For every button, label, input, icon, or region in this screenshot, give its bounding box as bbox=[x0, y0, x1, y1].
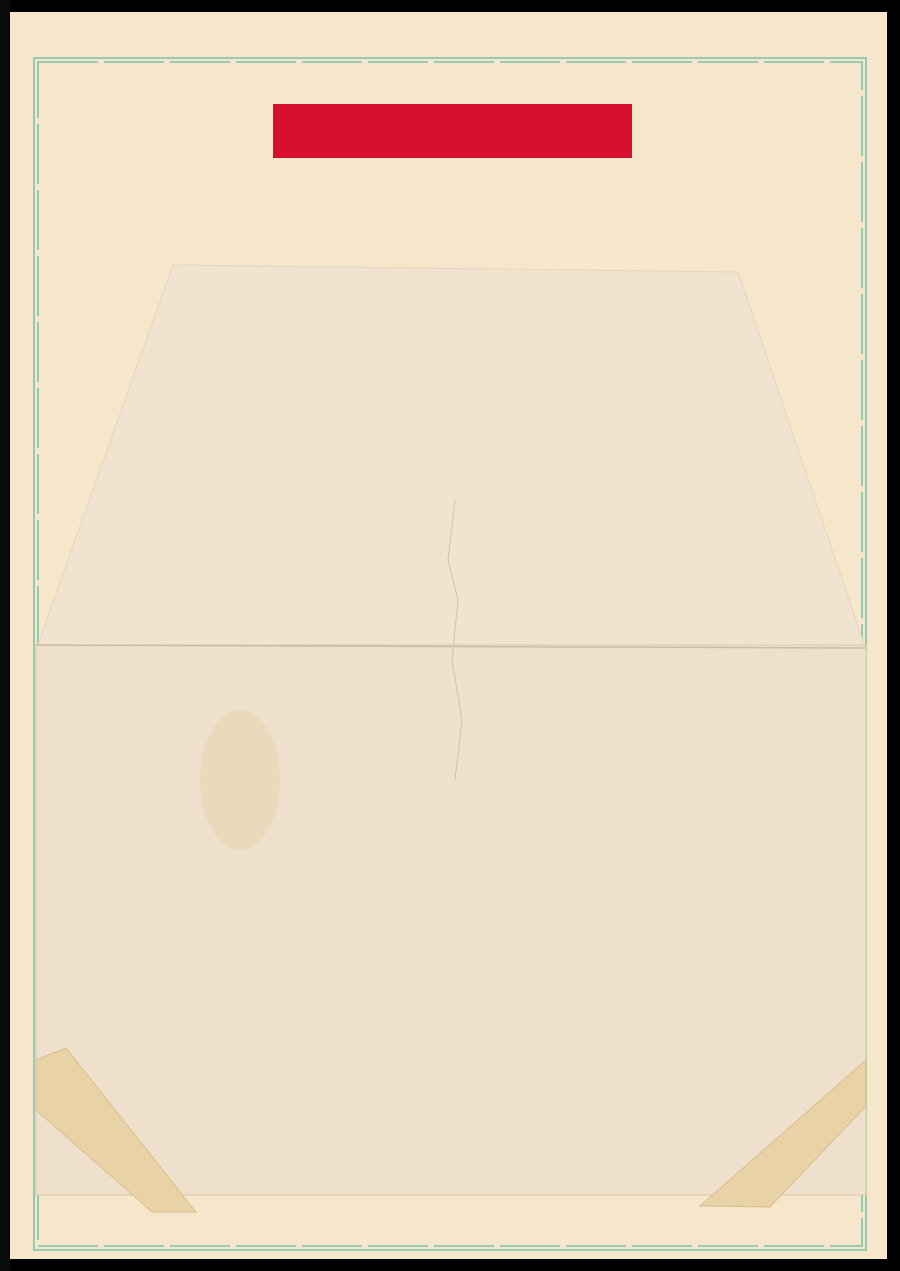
envelope bbox=[36, 265, 866, 1195]
page-graphics bbox=[0, 0, 900, 1271]
century-heading bbox=[0, 14, 900, 49]
section-label bbox=[273, 104, 632, 158]
